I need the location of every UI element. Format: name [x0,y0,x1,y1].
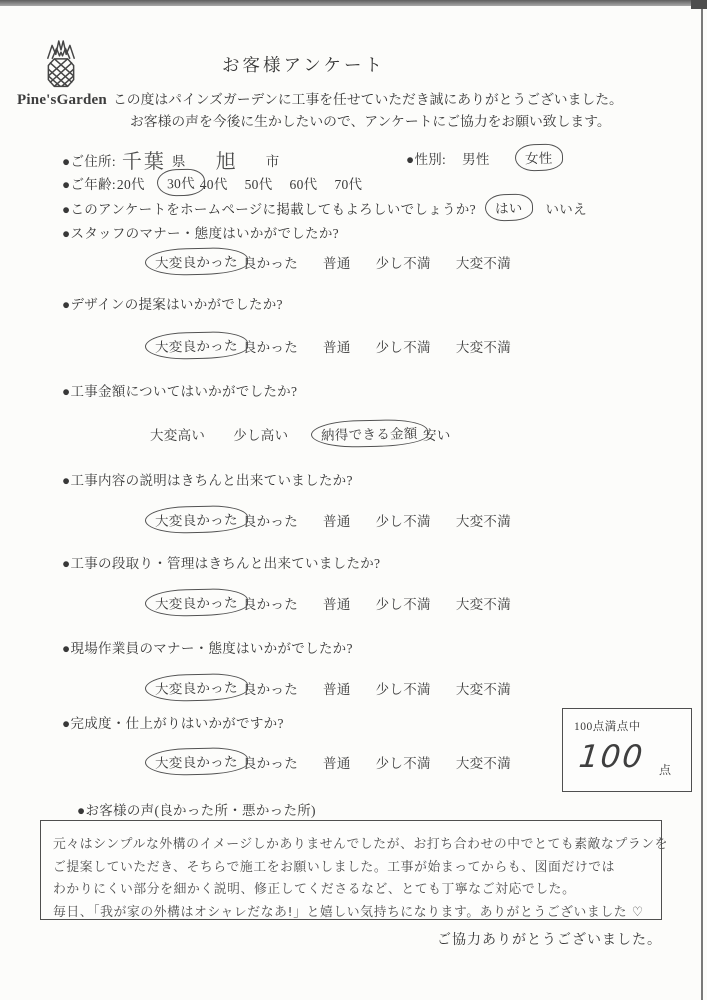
rating-option: 大変不満 [456,336,511,356]
question-text: ●工事金額についてはいかがでしたか? [62,380,297,400]
age-option: 30代 [157,169,205,197]
question-options: 大変良かった 良かった 普通 少し不満 大変不満 [150,751,511,772]
voice-line: 元々はシンプルな外構のイメージしかありませんでしたが、お打ち合わせの中でとても素… [53,834,649,857]
rating-option: 良かった [243,252,298,272]
age-option: 60代 [290,173,318,193]
gender-row: ●性別: 男性 女性 [406,147,557,168]
price-option: 大変高い [150,424,205,444]
rating-option: 大変良かった [145,673,248,702]
question-options: 大変良かった 良かった 普通 少し不満 大変不満 [150,592,511,613]
score-box-header: 100点満点中 [574,718,691,734]
address-city-handwritten: 旭 [216,145,238,174]
price-option: 少し高い [233,424,288,444]
score-value-handwritten: 100 [577,739,646,775]
age-label: ●ご年齢: [62,173,116,193]
question-options: 大変高い 少し高い 納得できる金額 安い [150,423,451,444]
gender-option-male: 男性 [462,148,490,168]
question-options: 大変良かった 良かった 普通 少し不満 大変不満 [150,335,511,356]
age-row: ●ご年齢: 20代 30代 40代 50代 60代 70代 [62,172,362,193]
page-title: お客様アンケート [222,52,385,77]
publish-option-no: いいえ [545,198,586,218]
age-option: 50代 [245,173,273,193]
rating-option: 良かった [243,510,298,530]
scan-corner-artifact [691,0,707,9]
publish-permission-row: ●このアンケートをホームページに掲載してもよろしいでしょうか? はい いいえ [62,197,587,218]
voice-heading: ●お客様の声(良かった所・悪かった所) [77,799,316,819]
rating-option: 大変良かった [145,331,248,360]
city-suffix: 市 [266,150,280,170]
voice-comment-box: 元々はシンプルな外構のイメージしかありませんでしたが、お打ち合わせの中でとても素… [40,820,662,920]
rating-option: 大変不満 [456,252,511,272]
question-text: ●スタッフのマナー・態度はいかがでしたか? [62,222,339,242]
address-label: ●ご住所: [62,150,116,170]
survey-page: Pine'sGarden お客様アンケート この度はパインズガーデンに工事を任せ… [0,0,707,1000]
address-prefecture-handwritten: 千葉 [122,145,166,174]
gender-option-female: 女性 [514,144,562,172]
rating-option: 普通 [323,678,351,698]
brand-name: Pine'sGarden [6,92,118,109]
prefecture-suffix: 県 [172,150,186,170]
rating-option: 普通 [323,510,351,530]
price-option: 納得できる金額 [311,419,428,448]
intro-line-2: お客様の声を今後に生かしたいので、アンケートにご協力をお願い致します。 [130,110,611,130]
rating-option: 良かった [243,593,298,613]
rating-option: 大変良かった [145,505,248,534]
question-text: ●完成度・仕上がりはいかがですか? [62,712,284,732]
rating-option: 普通 [323,593,351,613]
question-text: ●デザインの提案はいかがでしたか? [62,293,283,313]
intro-line-1: この度はパインズガーデンに工事を任せていただき誠にありがとうございました。 [113,88,623,108]
rating-option: 少し不満 [376,252,431,272]
rating-option: 大変良かった [145,747,248,776]
score-unit: 点 [659,761,671,778]
rating-option: 大変不満 [456,593,511,613]
rating-option: 良かった [243,752,298,772]
voice-line: わかりにくい部分を細かく説明、修正してくださるなど、とても丁寧なご対応でした。 [53,879,649,902]
publish-option-yes: はい [485,194,533,222]
rating-option: 大変不満 [456,678,511,698]
question-text: ●工事内容の説明はきちんと出来ていましたか? [62,469,353,489]
question-options: 大変良かった 良かった 普通 少し不満 大変不満 [150,251,511,272]
scan-top-edge [0,0,707,6]
scan-right-edge [701,0,703,1000]
pineapple-icon [33,38,89,96]
rating-option: 普通 [323,252,351,272]
rating-option: 少し不満 [376,678,431,698]
rating-option: 大変不満 [456,752,511,772]
question-options: 大変良かった 良かった 普通 少し不満 大変不満 [150,509,511,530]
age-option: 70代 [334,173,362,193]
rating-option: 良かった [243,336,298,356]
voice-line: 毎日、「我が家の外構はオシャレだなあ!」と嬉しい気持ちになります。ありがとうござ… [53,902,649,925]
rating-option: 普通 [323,336,351,356]
rating-option: 少し不満 [376,593,431,613]
rating-option: 大変良かった [145,247,248,276]
score-box: 100点満点中 100 点 [562,708,692,792]
question-text: ●現場作業員のマナー・態度はいかがでしたか? [62,637,353,657]
voice-line: ご提案していただき、そちらで施工をお願いしました。工事が始まってからも、図面だけ… [53,857,649,880]
rating-option: 大変良かった [145,588,248,617]
gender-label: ●性別: [406,148,446,168]
publish-question: ●このアンケートをホームページに掲載してもよろしいでしょうか? [62,198,476,218]
rating-option: 普通 [323,752,351,772]
rating-option: 少し不満 [376,510,431,530]
rating-option: 少し不満 [376,336,431,356]
rating-option: 良かった [243,678,298,698]
rating-option: 少し不満 [376,752,431,772]
question-text: ●工事の段取り・管理はきちんと出来ていましたか? [62,552,380,572]
rating-option: 大変不満 [456,510,511,530]
question-options: 大変良かった 良かった 普通 少し不満 大変不満 [150,677,511,698]
age-option: 20代 [117,173,145,193]
closing-text: ご協力ありがとうございました。 [437,929,662,949]
